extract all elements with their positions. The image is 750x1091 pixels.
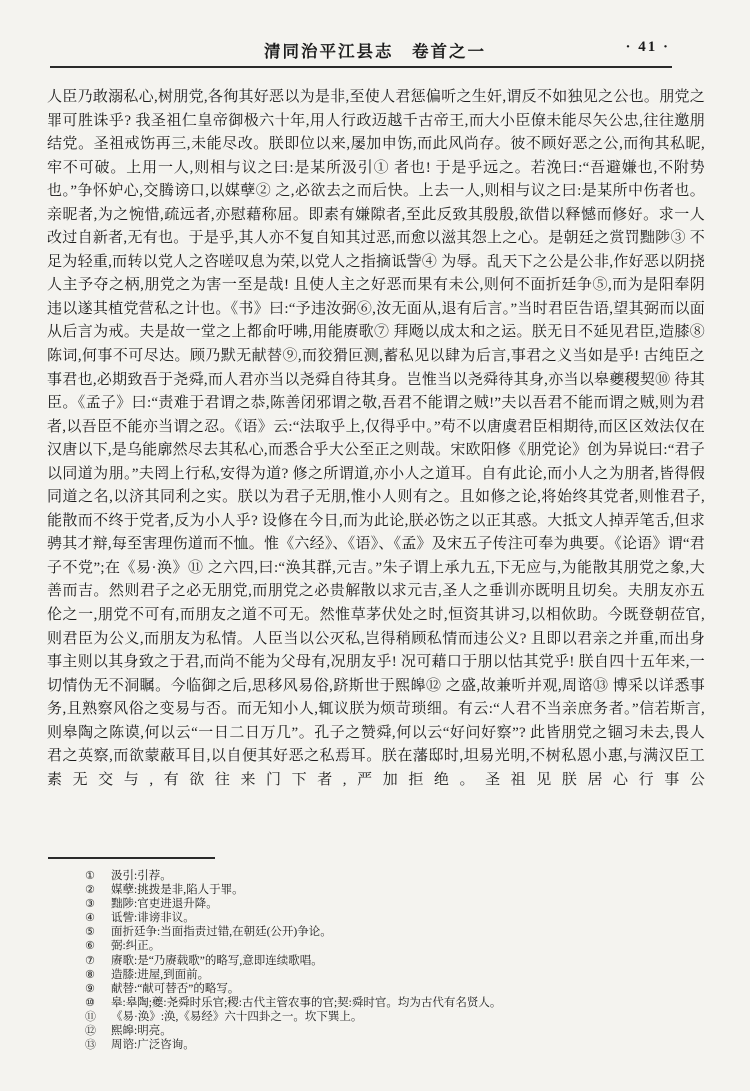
footnote-text: 皋:皋陶;夔:尧舜时乐官;稷:古代主管农事的官;契:舜时官。均为古代有名贤人。 [111,997,712,1010]
footnote-marker: ⑦ [85,954,111,967]
footnote-marker: ⑬ [85,1038,111,1051]
footnote-marker: ⑧ [85,968,111,981]
footnote-marker: ⑩ [85,996,111,1009]
footnote-text: 黜陟:官吏进退升降。 [111,898,712,911]
footnote-row: ② 媒孽:挑拨是非,陷人于罪。 [85,883,712,897]
footnote-text: 媒孽:挑拨是非,陷人于罪。 [111,884,712,897]
footnote-text: 赓歌:是“乃赓载歌”的略写,意即连续歌唱。 [111,955,712,968]
footnote-marker: ③ [85,897,111,910]
footnote-text: 周谘:广泛咨询。 [111,1039,712,1052]
footnote-text: 造膝:进屋,到面前。 [111,969,712,982]
footnote-row: ⑧ 造膝:进屋,到面前。 [85,968,712,982]
footnote-row: ⑪ 《易·涣》:涣,《易经》六十四卦之一。坎下巽上。 [85,1010,712,1024]
footnote-row: ⑩ 皋:皋陶;夔:尧舜时乐官;稷:古代主管农事的官;契:舜时官。均为古代有名贤人… [85,996,712,1010]
header-divider [50,66,672,68]
footnote-row: ⑤ 面折廷争:当面指责过错,在朝廷(公开)争论。 [85,925,712,939]
footnote-text: 面折廷争:当面指责过错,在朝廷(公开)争论。 [111,926,712,939]
page-number: · 41 · [625,39,670,56]
body-paragraph: 人臣乃敢溺私心,树朋党,各徇其好恶以为是非,至使人君惩偏听之生奸,谓反不如独见之… [47,86,705,792]
footnote-marker: ② [85,883,111,896]
footnote-row: ⑦ 赓歌:是“乃赓载歌”的略写,意即连续歌唱。 [85,954,712,968]
footnote-row: ③ 黜陟:官吏进退升降。 [85,897,712,911]
footnote-row: ⑫ 熙皞:明亮。 [85,1024,712,1038]
footnotes-section: ① 汲引:引荐。 ② 媒孽:挑拨是非,陷人于罪。 ③ 黜陟:官吏进退升降。 ④ … [85,869,712,1052]
footnote-marker: ⑫ [85,1024,111,1037]
footnote-text: 献替:“献可替否”的略写。 [111,983,712,996]
footnote-text: 《易·涣》:涣,《易经》六十四卦之一。坎下巽上。 [111,1011,712,1024]
footnote-marker: ⑨ [85,982,111,995]
footnote-row: ④ 诋訾:诽谤非议。 [85,911,712,925]
footnote-marker: ⑪ [85,1010,111,1023]
footnote-row: ⑥ 弼:纠正。 [85,939,712,953]
footnote-marker: ⑤ [85,925,111,938]
footnote-text: 熙皞:明亮。 [111,1025,712,1038]
footnote-row: ⑬ 周谘:广泛咨询。 [85,1038,712,1052]
footnote-row: ① 汲引:引荐。 [85,869,712,883]
footnote-text: 诋訾:诽谤非议。 [111,912,712,925]
footnote-marker: ⑥ [85,939,111,952]
footnote-marker: ① [85,869,111,882]
footnote-text: 弼:纠正。 [111,940,712,953]
footnote-row: ⑨ 献替:“献可替否”的略写。 [85,982,712,996]
footnote-marker: ④ [85,911,111,924]
footnote-text: 汲引:引荐。 [111,870,712,883]
scanned-book-page: 清同治平江县志 卷首之一 · 41 · 人臣乃敢溺私心,树朋党,各徇其好恶以为是… [0,0,750,1091]
footnote-divider [48,857,215,859]
